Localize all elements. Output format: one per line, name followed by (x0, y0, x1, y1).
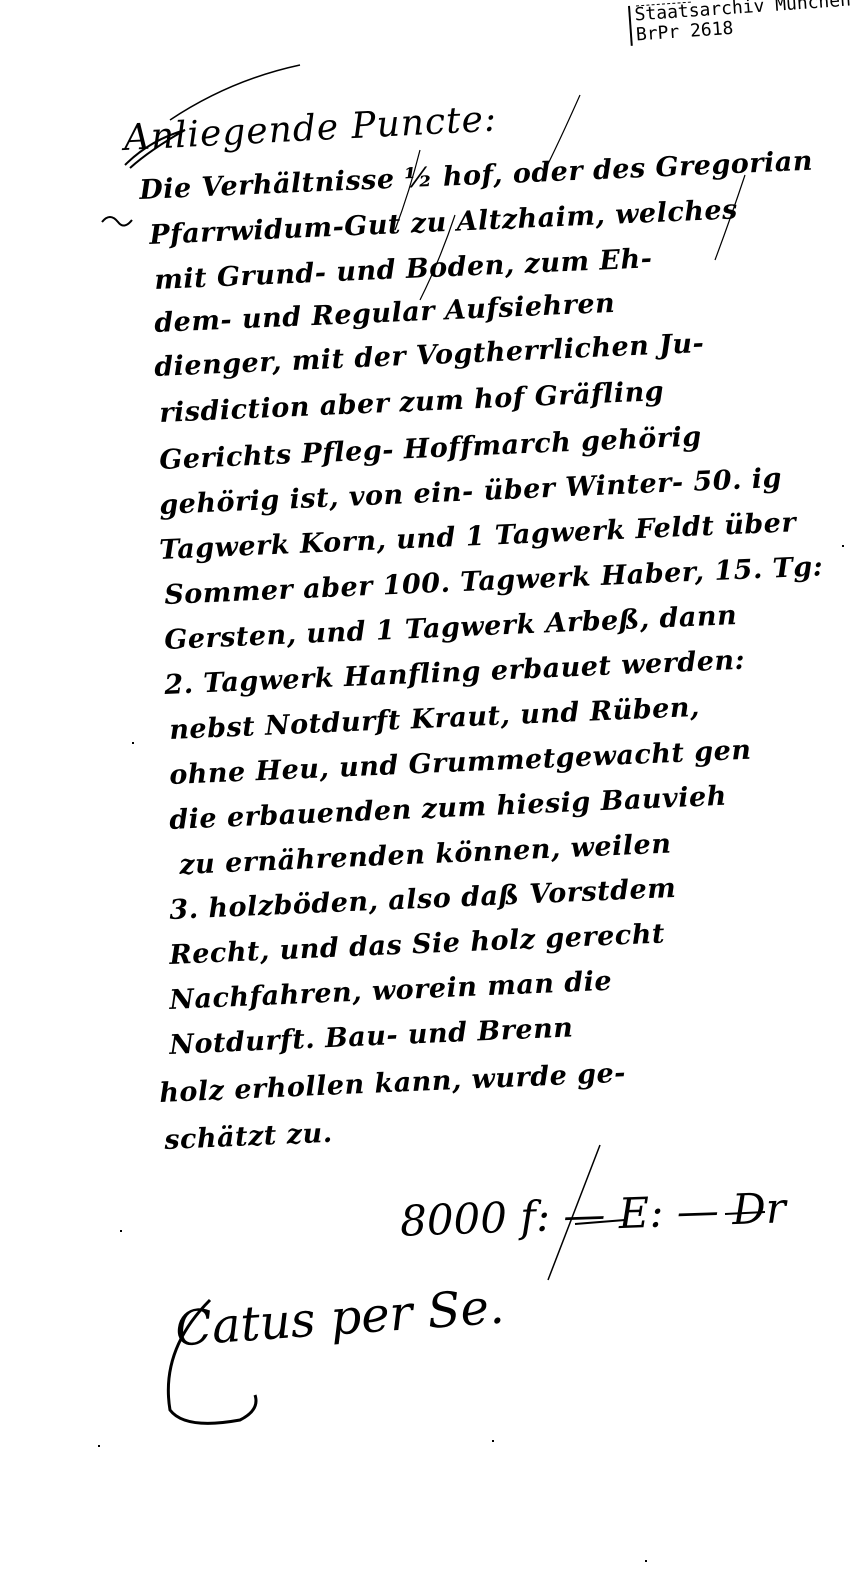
scan-speck (132, 742, 134, 744)
body-line: dem- und Regular Aufsiehren (154, 288, 616, 339)
body-line: Notdurft. Bau- und Brenn (169, 1012, 574, 1061)
body-line: 2. Tagwerk Hanfling erbauet werden: (164, 645, 746, 701)
scan-speck (98, 1445, 100, 1447)
body-line: nebst Notdurft Kraut, und Rüben, (169, 692, 701, 746)
body-line: Recht, und das Sie holz gerecht (169, 918, 666, 971)
scan-speck (120, 1230, 122, 1232)
body-line: dienger, mit der Vogtherrlichen Ju- (154, 328, 705, 383)
body-line: schätzt zu. (164, 1118, 334, 1156)
body-line: Gerichts Pfleg- Hoffmarch gehörig (159, 421, 703, 476)
body-line: 3. holzböden, also daß Vorstdem (169, 873, 677, 926)
scan-speck (492, 1440, 494, 1442)
body-line: zu ernährenden können, weilen (179, 829, 672, 881)
body-line: Nachfahren, worein man die (169, 966, 613, 1016)
body-line: risdiction aber zum hof Gräfling (159, 376, 665, 429)
body-line: holz erhollen kann, wurde ge- (159, 1058, 627, 1109)
body-line: mit Grund- und Boden, zum Eh- (154, 243, 653, 296)
body-line: Gersten, und 1 Tagwerk Arbeß, dann (164, 600, 738, 656)
scan-speck (842, 545, 844, 547)
scan-speck (645, 1560, 647, 1562)
handwritten-body: Die Verhältnisse ½ hof, oder des Gregori… (0, 0, 864, 1577)
body-line: die erbauenden zum hiesig Bauvieh (169, 781, 728, 836)
